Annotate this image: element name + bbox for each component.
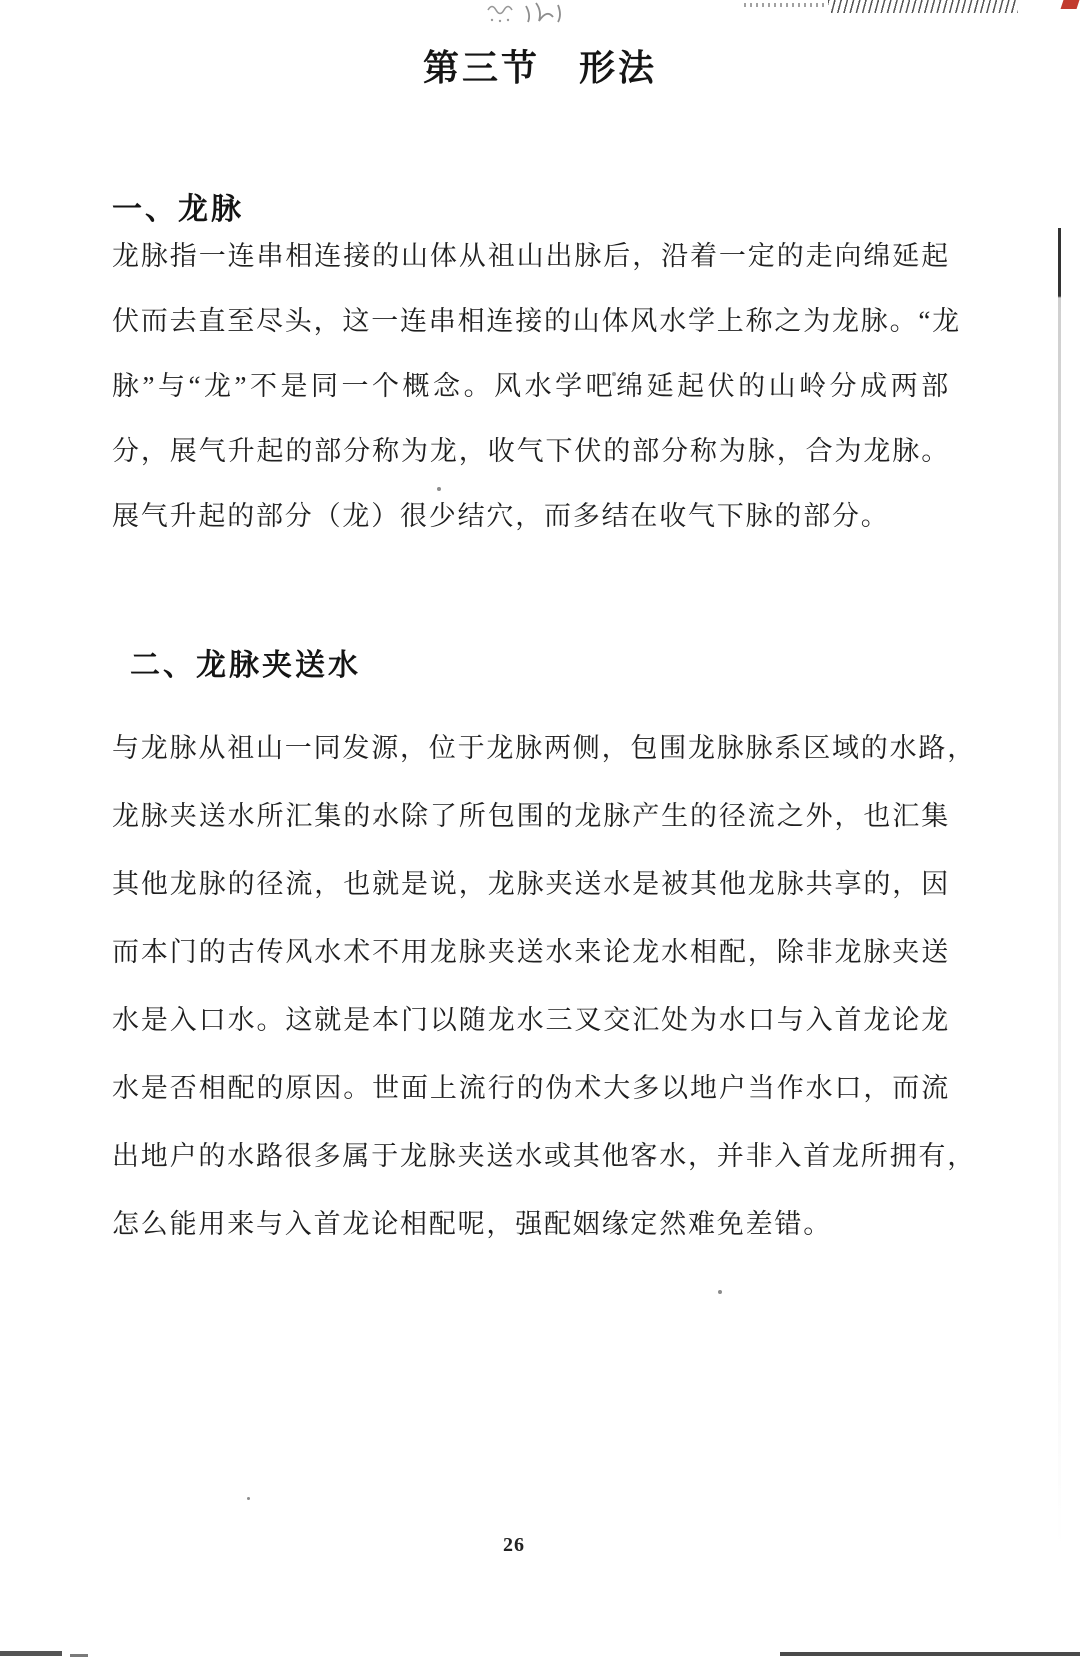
section-2-paragraph: 与龙脉从祖山一同发源，位于龙脉两侧，包围龙脉脉系区域的水路， 龙脉夹送水所汇集的… (112, 714, 950, 1258)
text-line: 龙脉指一连串相连接的山体从祖山出脉后，沿着一定的走向绵延起 (112, 224, 950, 289)
scan-speck (247, 1497, 250, 1500)
text-line: 分，展气升起的部分称为龙，收气下伏的部分称为脉，合为龙脉。 (112, 419, 950, 484)
bottom-edge-line (780, 1652, 1080, 1656)
text-line: 与龙脉从祖山一同发源，位于龙脉两侧，包围龙脉脉系区域的水路， (112, 714, 950, 782)
page-number: 26 (0, 1534, 1028, 1557)
text-line: 龙脉夹送水所汇集的水除了所包围的龙脉产生的径流之外，也汇集 (112, 782, 950, 850)
bottom-edge-mark (70, 1654, 88, 1657)
page-edge-line (1058, 228, 1061, 1548)
section-1-paragraph: 龙脉指一连串相连接的山体从祖山出脉后，沿着一定的走向绵延起 伏而去直至尽头，这一… (112, 224, 950, 549)
scribble-marks-icon (486, 0, 586, 30)
text-line: 展气升起的部分（龙）很少结穴，而多结在收气下脉的部分。 (112, 484, 950, 549)
scan-noise-scribble (486, 0, 586, 30)
section-1-heading: 一、龙脉 (112, 184, 244, 228)
text-line: 其他龙脉的径流，也就是说，龙脉夹送水是被其他龙脉共享的，因 (112, 850, 950, 918)
red-corner-mark (1061, 0, 1080, 9)
text-line: 而本门的古传风水术不用龙脉夹送水来论龙水相配，除非龙脉夹送 (112, 918, 950, 986)
scan-speck (718, 1290, 722, 1294)
section-2-heading: 二、龙脉夹送水 (130, 640, 361, 684)
text-line: 伏而去直至尽头，这一连串相连接的山体风水学上称之为龙脉。“龙 (112, 289, 950, 354)
text-line: 出地户的水路很多属于龙脉夹送水或其他客水，并非入首龙所拥有， (112, 1122, 950, 1190)
document-page: 第三节 形法 一、龙脉 龙脉指一连串相连接的山体从祖山出脉后，沿着一定的走向绵延… (0, 0, 1080, 1658)
text-line: 水是入口水。这就是本门以随龙水三叉交汇处为水口与入首龙论龙 (112, 986, 950, 1054)
page-title: 第三节 形法 (0, 40, 1080, 91)
text-line: 脉”与“龙”不是同一个概念。风水学吧绵延起伏的山岭分成两部 (112, 354, 950, 419)
scan-noise-dots (744, 3, 826, 7)
text-line: 怎么能用来与入首龙论相配呢，强配姻缘定然难免差错。 (112, 1190, 950, 1258)
text-line: 水是否相配的原因。世面上流行的伪术大多以地户当作水口，而流 (112, 1054, 950, 1122)
bottom-edge-mark (0, 1651, 62, 1656)
scan-noise-hatching (828, 0, 1018, 13)
